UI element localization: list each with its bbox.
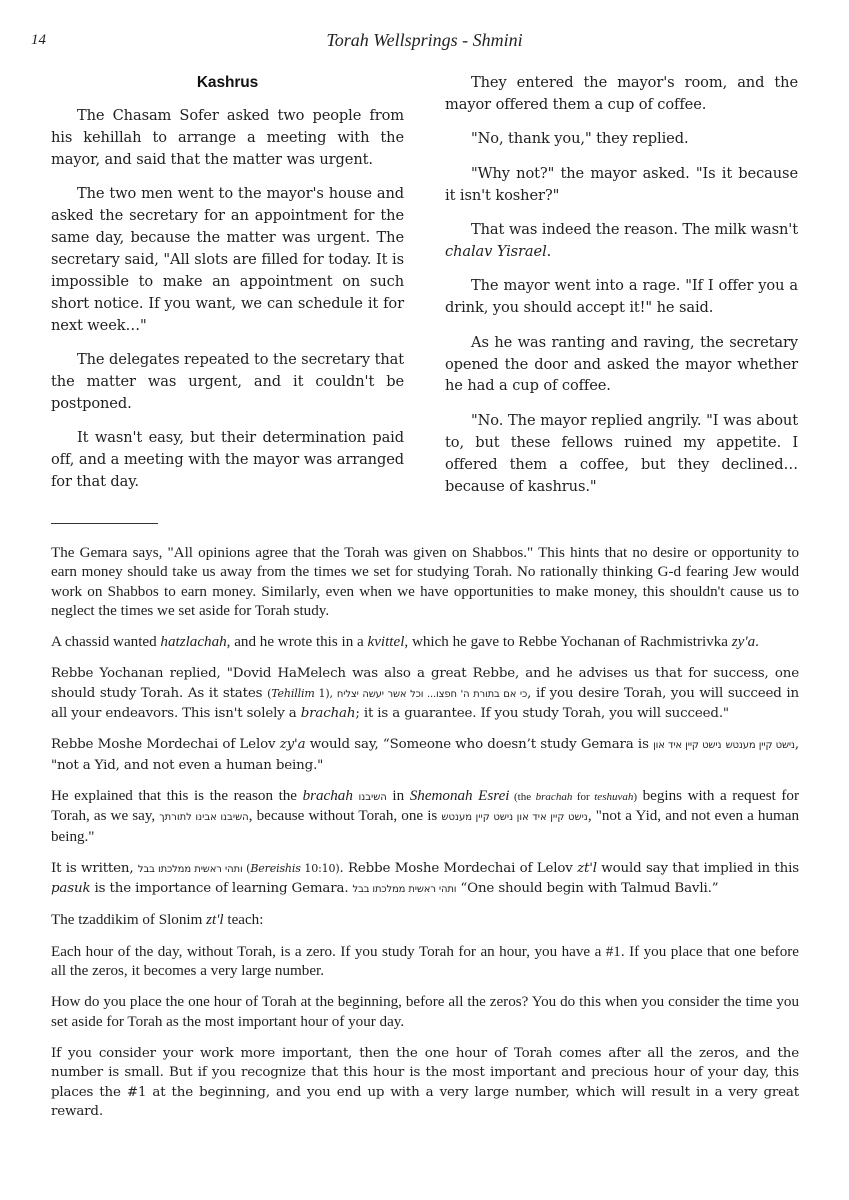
footnote-written: It is written, ותהי ראשית ממלכתו בבל (Be…	[51, 859, 799, 900]
page-header: 14 Torah Wellsprings - Shmini	[0, 32, 849, 56]
paragraph: The two men went to the mayor's house an…	[51, 183, 404, 336]
hebrew-quote: השיבנו	[358, 792, 386, 803]
hebrew-quote: נישט קיין איד און נישט קיין מענטש	[441, 812, 587, 823]
footnote-divider	[51, 523, 158, 524]
footnote-chassid: A chassid wanted hatzlachah, and he wrot…	[51, 633, 799, 652]
paragraph: It wasn't easy, but their determination …	[51, 427, 404, 493]
paragraph: As he was ranting and raving, the secret…	[445, 332, 798, 398]
source-citation: (Bereishis 10:10)	[243, 862, 340, 875]
footnote-explained: He explained that this is the reason the…	[51, 787, 799, 847]
paragraph: The mayor went into a rage. "If I offer …	[445, 275, 798, 319]
footnote-gemara: The Gemara says, "All opinions agree tha…	[51, 544, 799, 621]
paragraph: "Why not?" the mayor asked. "Is it becau…	[445, 163, 798, 207]
paragraph: The delegates repeated to the secretary …	[51, 349, 404, 415]
footnote-consider: If you consider your work more important…	[51, 1044, 799, 1121]
section-heading: Kashrus	[51, 72, 404, 94]
footnote-how: How do you place the one hour of Torah a…	[51, 993, 799, 1032]
footnotes: The Gemara says, "All opinions agree tha…	[51, 544, 799, 1133]
hebrew-quote: נישט קיין איד און	[653, 740, 721, 751]
right-column: They entered the mayor's room, and the m…	[445, 72, 798, 510]
left-column: Kashrus The Chasam Sofer asked two peopl…	[51, 72, 404, 506]
source-citation: (Tehillim 1),	[267, 687, 337, 700]
paragraph: "No, thank you," they replied.	[445, 128, 798, 150]
hebrew-quote: כי אם בתורת ה' חפצו... וכל אשר יעשה יצלי…	[337, 689, 527, 700]
hebrew-quote: נישט קיין מענטש	[726, 740, 795, 751]
hebrew-quote: ותהי ראשית ממלכתו בבל	[353, 884, 457, 895]
italic-term: chalav Yisrael	[445, 243, 547, 260]
paragraph: "No. The mayor replied angrily. "I was a…	[445, 410, 798, 498]
footnote-slonim: The tzaddikim of Slonim zt'l teach:	[51, 911, 799, 930]
paragraph: They entered the mayor's room, and the m…	[445, 72, 798, 116]
running-title: Torah Wellsprings - Shmini	[0, 30, 849, 51]
footnote-lelov: Rebbe Moshe Mordechai of Lelov zy'a woul…	[51, 735, 799, 775]
hebrew-quote: השיבנו אבינו לתורתך	[159, 812, 248, 823]
hebrew-quote: ותהי ראשית ממלכתו בבל	[138, 864, 243, 875]
paragraph: The Chasam Sofer asked two people from h…	[51, 105, 404, 171]
paragraph: That was indeed the reason. The milk was…	[445, 219, 798, 263]
footnote-rebbe-yochanan: Rebbe Yochanan replied, "Dovid HaMelech …	[51, 664, 799, 723]
footnote-hour: Each hour of the day, without Torah, is …	[51, 943, 799, 982]
